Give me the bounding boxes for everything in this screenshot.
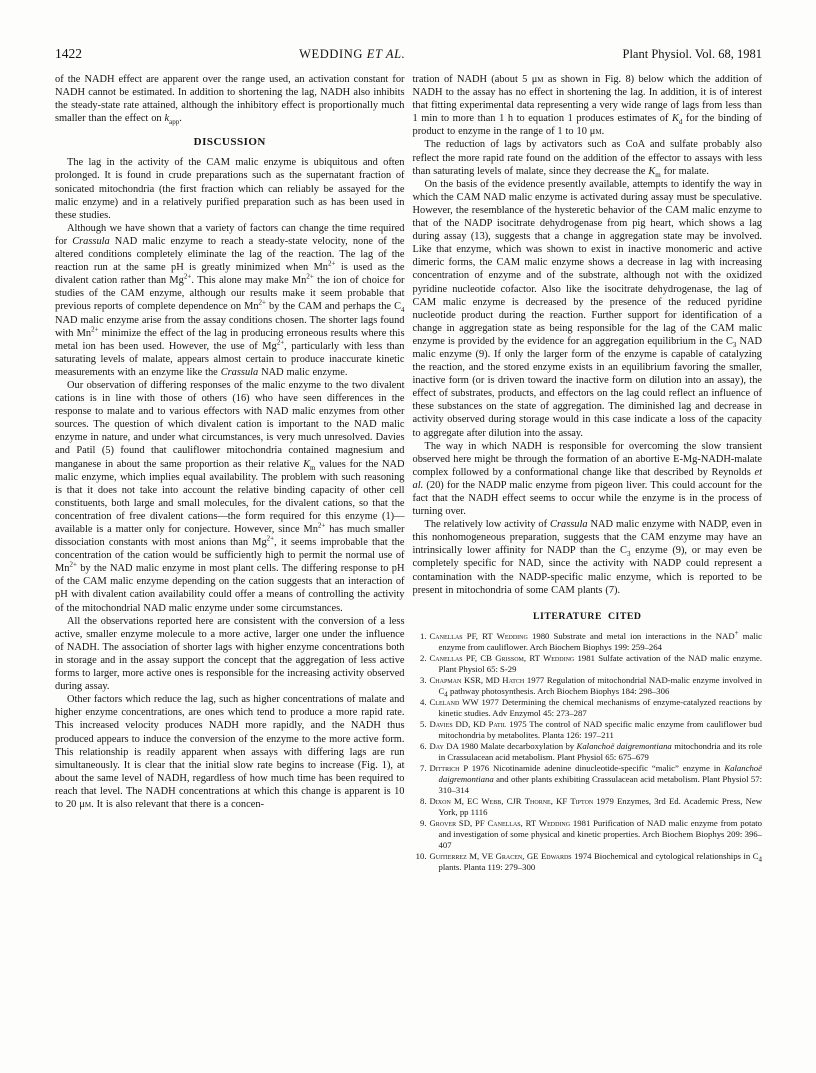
- journal-citation: Plant Physiol. Vol. 68, 1981: [623, 47, 763, 62]
- reference-number: 4.: [413, 697, 430, 719]
- reference-text: Chapman KSR, MD Hatch 1977 Regulation of…: [430, 675, 763, 697]
- paragraph: Other factors which reduce the lag, such…: [55, 693, 405, 811]
- reference-number: 3.: [413, 675, 430, 697]
- paragraph: Although we have shown that a variety of…: [55, 222, 405, 379]
- paragraph: The lag in the activity of the CAM malic…: [55, 156, 405, 221]
- journal-page: 1422 WEDDING ET AL. Plant Physiol. Vol. …: [0, 0, 816, 1073]
- reference-text: Davies DD, KD Patil 1975 The control of …: [430, 719, 763, 741]
- paragraph: On the basis of the evidence presently a…: [413, 178, 763, 440]
- reference-number: 7.: [413, 763, 430, 796]
- reference-text: Guitierrez M, VE Gracen, GE Edwards 1974…: [430, 851, 763, 873]
- discussion-paragraphs: The lag in the activity of the CAM malic…: [55, 156, 405, 811]
- page-number: 1422: [55, 46, 82, 62]
- left-column: of the NADH effect are apparent over the…: [55, 73, 405, 873]
- reference-text: Canellas PF, CB Grissom, RT Wedding 1981…: [430, 653, 763, 675]
- reference-number: 5.: [413, 719, 430, 741]
- reference-item: 7.Dittrich P 1976 Nicotinamide adenine d…: [413, 763, 763, 796]
- paragraph: The reduction of lags by activators such…: [413, 138, 763, 177]
- running-title: WEDDING ET AL.: [299, 47, 405, 62]
- discussion-heading: DISCUSSION: [55, 136, 405, 148]
- reference-item: 2.Canellas PF, CB Grissom, RT Wedding 19…: [413, 653, 763, 675]
- paragraph: Our observation of differing responses o…: [55, 379, 405, 615]
- reference-number: 1.: [413, 631, 430, 653]
- two-column-body: of the NADH effect are apparent over the…: [55, 73, 762, 873]
- literature-cited-heading: LITERATURE CITED: [413, 611, 763, 622]
- reference-number: 10.: [413, 851, 430, 873]
- discussion-paragraphs-continued: The reduction of lags by activators such…: [413, 138, 763, 596]
- reference-text: Cleland WW 1977 Determining the chemical…: [430, 697, 763, 719]
- reference-item: 4.Cleland WW 1977 Determining the chemic…: [413, 697, 763, 719]
- reference-number: 6.: [413, 741, 430, 763]
- reference-number: 8.: [413, 796, 430, 818]
- reference-item: 8.Dixon M, EC Webb, CJR Thorne, KF Tipto…: [413, 796, 763, 818]
- right-column: tration of NADH (about 5 μm as shown in …: [413, 73, 763, 873]
- reference-text: Canellas PF, RT Wedding 1980 Substrate a…: [430, 631, 763, 653]
- reference-number: 2.: [413, 653, 430, 675]
- reference-text: Dittrich P 1976 Nicotinamide adenine din…: [430, 763, 763, 796]
- continuation-paragraph: of the NADH effect are apparent over the…: [55, 73, 405, 125]
- reference-item: 1.Canellas PF, RT Wedding 1980 Substrate…: [413, 631, 763, 653]
- reference-text: Dixon M, EC Webb, CJR Thorne, KF Tipton …: [430, 796, 763, 818]
- paragraph: The way in which NADH is responsible for…: [413, 440, 763, 519]
- page-header: 1422 WEDDING ET AL. Plant Physiol. Vol. …: [55, 46, 762, 62]
- reference-item: 9.Grover SD, PF Canellas, RT Wedding 198…: [413, 818, 763, 851]
- references-list: 1.Canellas PF, RT Wedding 1980 Substrate…: [413, 631, 763, 873]
- paragraph: The relatively low activity of Crassula …: [413, 518, 763, 597]
- reference-number: 9.: [413, 818, 430, 851]
- paragraph: All the observations reported here are c…: [55, 615, 405, 694]
- reference-item: 5.Davies DD, KD Patil 1975 The control o…: [413, 719, 763, 741]
- reference-item: 10.Guitierrez M, VE Gracen, GE Edwards 1…: [413, 851, 763, 873]
- continuation-paragraph: tration of NADH (about 5 μm as shown in …: [413, 73, 763, 138]
- reference-text: Grover SD, PF Canellas, RT Wedding 1981 …: [430, 818, 763, 851]
- reference-text: Day DA 1980 Malate decarboxylation by Ka…: [430, 741, 763, 763]
- reference-item: 3.Chapman KSR, MD Hatch 1977 Regulation …: [413, 675, 763, 697]
- reference-item: 6.Day DA 1980 Malate decarboxylation by …: [413, 741, 763, 763]
